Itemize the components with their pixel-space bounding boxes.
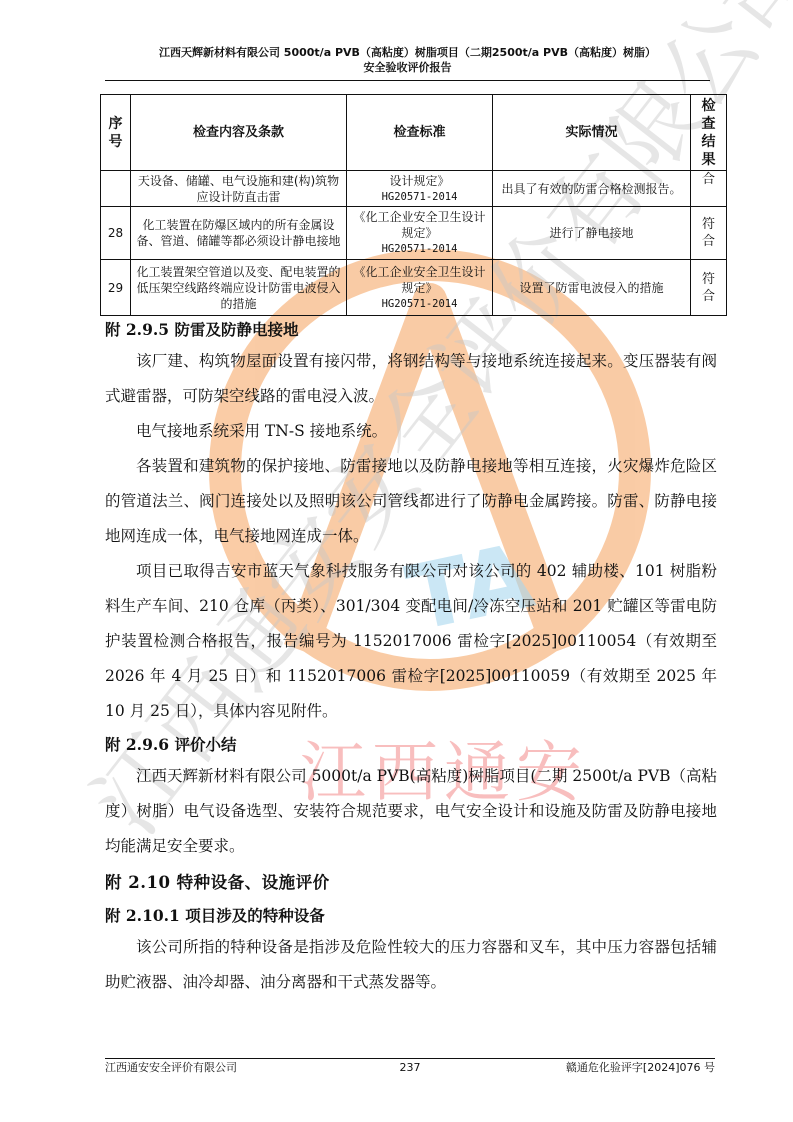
cell-content: 化工装置架空管道以及变、配电装置的低压架空线路终端应设计防雷电波侵入的措施 — [131, 260, 347, 316]
paragraph: 电气接地系统采用 TN-S 接地系统。 — [105, 414, 717, 449]
section-heading-2-10: 附 2.10 特种设备、设施评价 — [105, 864, 717, 902]
paragraph: 各装置和建筑物的保护接地、防雷接地以及防静电接地等相互连接，火灾爆炸危险区的管道… — [105, 449, 717, 554]
col-header-content: 检查内容及条款 — [131, 95, 347, 171]
paragraph: 该厂建、构筑物屋面设置有接闪带，将钢结构等与接地系统连接起来。变压器装有阀式避雷… — [105, 344, 717, 414]
col-header-result: 检查结果 — [691, 95, 727, 171]
section-heading-2-9-6: 附 2.9.6 评价小结 — [105, 731, 717, 759]
cell-actual: 出具了有效的防雷合格检测报告。 — [493, 171, 691, 207]
paragraph: 该公司所指的特种设备是指涉及危险性较大的压力容器和叉车，其中压力容器包括辅助贮液… — [105, 930, 717, 1000]
cell-result: 符合 — [691, 207, 727, 260]
cell-actual: 设置了防雷电波侵入的措施 — [493, 260, 691, 316]
col-header-standard: 检查标准 — [347, 95, 493, 171]
paragraph: 项目已取得吉安市蓝天气象科技服务有限公司对该公司的 402 辅助楼、101 树脂… — [105, 554, 717, 729]
section-heading-2-10-1: 附 2.10.1 项目涉及的特种设备 — [105, 902, 717, 930]
document-body: 附 2.9.5 防雷及防静电接地 该厂建、构筑物屋面设置有接闪带，将钢结构等与接… — [105, 316, 717, 1000]
table-header-row: 序号 检查内容及条款 检查标准 实际情况 检查结果 — [101, 95, 727, 171]
footer-doc-number: 赣通危化验评字[2024]076 号 — [566, 1060, 715, 1076]
cell-standard: 设计规定》 HG20571-2014 — [347, 171, 493, 207]
header-title-line2: 安全验收评价报告 — [105, 60, 710, 75]
cell-content: 天设备、储罐、电气设施和建(构)筑物应设计防直击雷 — [131, 171, 347, 207]
header-title-line1: 江西天辉新材料有限公司 5000t/a PVB（高粘度）树脂项目（二期2500t… — [105, 45, 710, 60]
col-header-actual: 实际情况 — [493, 95, 691, 171]
section-heading-2-9-5: 附 2.9.5 防雷及防静电接地 — [105, 316, 717, 344]
table-row: 29 化工装置架空管道以及变、配电装置的低压架空线路终端应设计防雷电波侵入的措施… — [101, 260, 727, 316]
header-divider — [105, 80, 710, 81]
cell-standard: 《化工企业安全卫生设计规定》 HG20571-2014 — [347, 260, 493, 316]
page-header: 江西天辉新材料有限公司 5000t/a PVB（高粘度）树脂项目（二期2500t… — [105, 45, 710, 75]
table-row: 天设备、储罐、电气设施和建(构)筑物应设计防直击雷 设计规定》 HG20571-… — [101, 171, 727, 207]
cell-no: 28 — [101, 207, 131, 260]
cell-content: 化工装置在防爆区域内的所有金属设备、管道、储罐等都必须设计静电接地 — [131, 207, 347, 260]
footer-divider — [105, 1058, 715, 1059]
cell-result: 符合 — [691, 260, 727, 316]
cell-actual: 进行了静电接地 — [493, 207, 691, 260]
cell-no: 29 — [101, 260, 131, 316]
cell-no — [101, 171, 131, 207]
inspection-table: 序号 检查内容及条款 检查标准 实际情况 检查结果 天设备、储罐、电气设施和建(… — [100, 94, 727, 316]
cell-standard: 《化工企业安全卫生设计规定》 HG20571-2014 — [347, 207, 493, 260]
cell-result: 合 — [691, 171, 727, 207]
col-header-no: 序号 — [101, 95, 131, 171]
table-row: 28 化工装置在防爆区域内的所有金属设备、管道、储罐等都必须设计静电接地 《化工… — [101, 207, 727, 260]
paragraph: 江西天辉新材料有限公司 5000t/a PVB(高粘度)树脂项目(二期 2500… — [105, 759, 717, 864]
